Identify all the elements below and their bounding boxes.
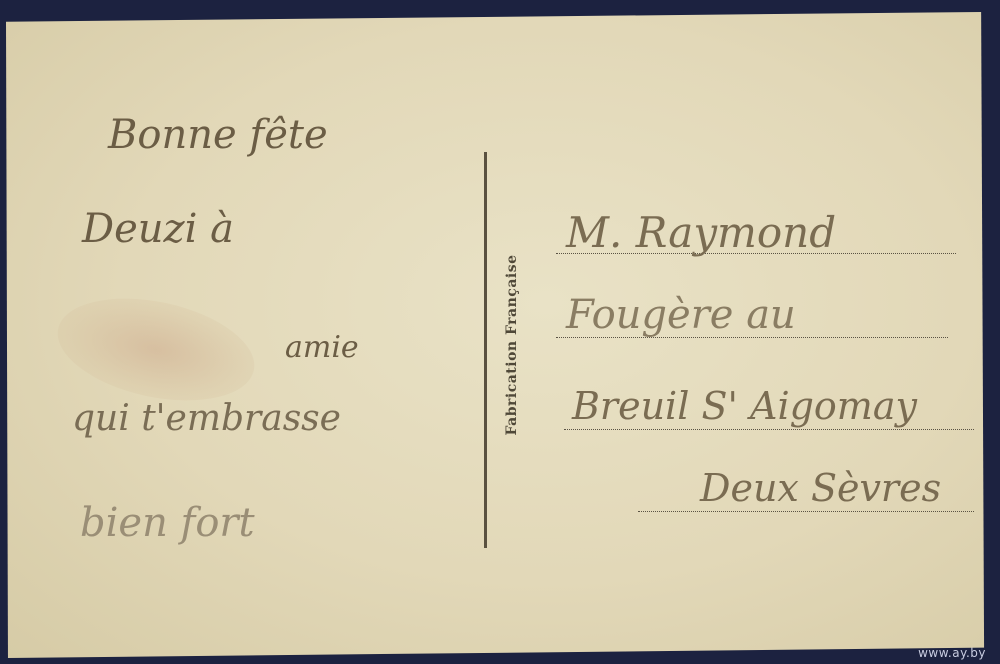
address-line-rule (638, 511, 974, 512)
printed-label: Fabrication Française (504, 254, 520, 435)
message-line: Bonne fête (108, 112, 328, 158)
message-line: bien fort (80, 500, 255, 546)
message-line: Deuzi à (82, 206, 234, 252)
message-line: qui t'embrasse (72, 398, 341, 439)
center-divider-line (484, 152, 487, 548)
watermark-text: www.ay.by (918, 646, 986, 660)
stain-mark (48, 282, 263, 417)
address-line: M. Raymond (566, 208, 836, 257)
address-line: Breuil S' Aigomay (572, 384, 917, 428)
address-line: Deux Sèvres (700, 466, 941, 510)
message-line: amie (285, 330, 359, 365)
postcard-back (6, 12, 988, 658)
address-line: Fougère au (566, 292, 796, 338)
address-line-rule (564, 429, 974, 430)
